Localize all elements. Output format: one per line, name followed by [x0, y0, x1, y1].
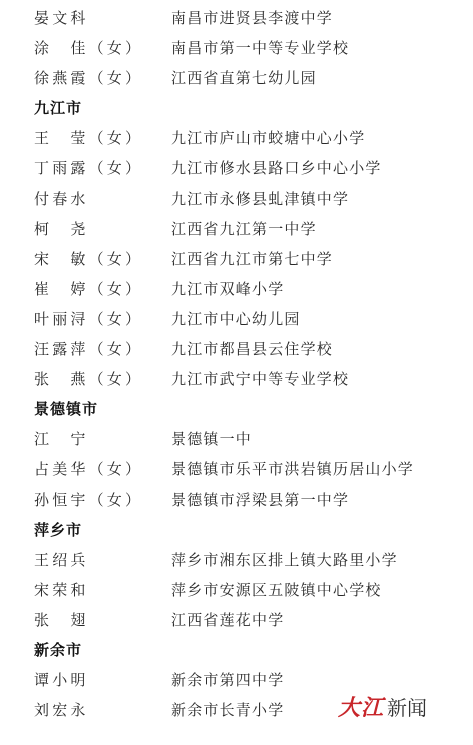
institution: 南昌市进贤县李渡中学 [171, 3, 333, 33]
institution: 萍乡市安源区五陂镇中心学校 [171, 575, 382, 605]
person-name: 宋 敏（女） [34, 244, 143, 274]
city-heading-label: 九江市 [34, 93, 82, 123]
list-item: 张 燕（女）九江市武宁中等专业学校 [0, 364, 473, 394]
person-name: 付春水 [34, 184, 89, 214]
institution: 九江市中心幼儿园 [171, 304, 301, 334]
person-name: 孙恒宇（女） [34, 485, 143, 515]
person-name: 涂 佳（女） [34, 33, 143, 63]
person-name: 占美华（女） [34, 454, 143, 484]
city-heading: 萍乡市 [0, 515, 473, 545]
person-name: 江 宁 [34, 424, 89, 454]
logo-text: 新闻 [387, 692, 427, 721]
city-heading-label: 景德镇市 [34, 394, 98, 424]
institution: 景德镇市浮梁县第一中学 [171, 485, 349, 515]
institution: 江西省九江市第七中学 [171, 244, 333, 274]
person-name: 丁雨露（女） [34, 153, 143, 183]
city-heading: 新余市 [0, 635, 473, 665]
list-item: 崔 婷（女）九江市双峰小学 [0, 274, 473, 304]
person-name: 崔 婷（女） [34, 274, 143, 304]
list-item: 付春水九江市永修县虬津镇中学 [0, 184, 473, 214]
institution: 九江市都昌县云住学校 [171, 334, 333, 364]
institution: 江西省莲花中学 [171, 605, 284, 635]
list-item: 涂 佳（女）南昌市第一中等专业学校 [0, 33, 473, 63]
institution: 新余市第四中学 [171, 665, 284, 695]
institution: 九江市武宁中等专业学校 [171, 364, 349, 394]
list-item: 宋荣和萍乡市安源区五陂镇中心学校 [0, 575, 473, 605]
city-heading: 景德镇市 [0, 394, 473, 424]
institution: 景德镇一中 [171, 424, 252, 454]
list-item: 汪露萍（女）九江市都昌县云住学校 [0, 334, 473, 364]
institution: 江西省直第七幼儿园 [171, 63, 317, 93]
city-heading-label: 萍乡市 [34, 515, 82, 545]
institution: 萍乡市湘东区排上镇大路里小学 [171, 545, 398, 575]
person-name: 汪露萍（女） [34, 334, 143, 364]
person-name: 王 莹（女） [34, 123, 143, 153]
list-item: 徐燕霞（女）江西省直第七幼儿园 [0, 63, 473, 93]
logo-brand-mark: 大江 [338, 691, 384, 722]
city-heading: 九江市 [0, 93, 473, 123]
person-name: 张 翅 [34, 605, 89, 635]
person-name: 叶丽浔（女） [34, 304, 143, 334]
institution: 九江市修水县路口乡中心小学 [171, 153, 382, 183]
person-name: 谭小明 [34, 665, 89, 695]
list-item: 丁雨露（女）九江市修水县路口乡中心小学 [0, 153, 473, 183]
city-heading-label: 新余市 [34, 635, 82, 665]
person-name: 刘宏永 [34, 695, 89, 725]
institution: 九江市庐山市蛟塘中心小学 [171, 123, 365, 153]
person-name: 徐燕霞（女） [34, 63, 143, 93]
person-name: 王绍兵 [34, 545, 89, 575]
list-item: 王 莹（女）九江市庐山市蛟塘中心小学 [0, 123, 473, 153]
list-item: 柯 尧江西省九江第一中学 [0, 214, 473, 244]
institution: 景德镇市乐平市洪岩镇历居山小学 [171, 454, 414, 484]
dajiang-news-watermark: 大江 新闻 [338, 690, 427, 722]
list-item: 孙恒宇（女）景德镇市浮梁县第一中学 [0, 485, 473, 515]
person-name: 宋荣和 [34, 575, 89, 605]
institution: 南昌市第一中等专业学校 [171, 33, 349, 63]
person-name: 柯 尧 [34, 214, 89, 244]
list-item: 占美华（女）景德镇市乐平市洪岩镇历居山小学 [0, 454, 473, 484]
institution: 江西省九江第一中学 [171, 214, 317, 244]
institution: 九江市永修县虬津镇中学 [171, 184, 349, 214]
list-item: 王绍兵萍乡市湘东区排上镇大路里小学 [0, 545, 473, 575]
list-item: 晏文科南昌市进贤县李渡中学 [0, 3, 473, 33]
list-item: 江 宁景德镇一中 [0, 424, 473, 454]
honoree-list: 晏文科南昌市进贤县李渡中学 涂 佳（女）南昌市第一中等专业学校 徐燕霞（女）江西… [0, 3, 473, 725]
list-item: 叶丽浔（女）九江市中心幼儿园 [0, 304, 473, 334]
person-name: 晏文科 [34, 3, 89, 33]
list-item: 宋 敏（女）江西省九江市第七中学 [0, 244, 473, 274]
person-name: 张 燕（女） [34, 364, 143, 394]
institution: 新余市长青小学 [171, 695, 284, 725]
institution: 九江市双峰小学 [171, 274, 284, 304]
list-item: 张 翅江西省莲花中学 [0, 605, 473, 635]
